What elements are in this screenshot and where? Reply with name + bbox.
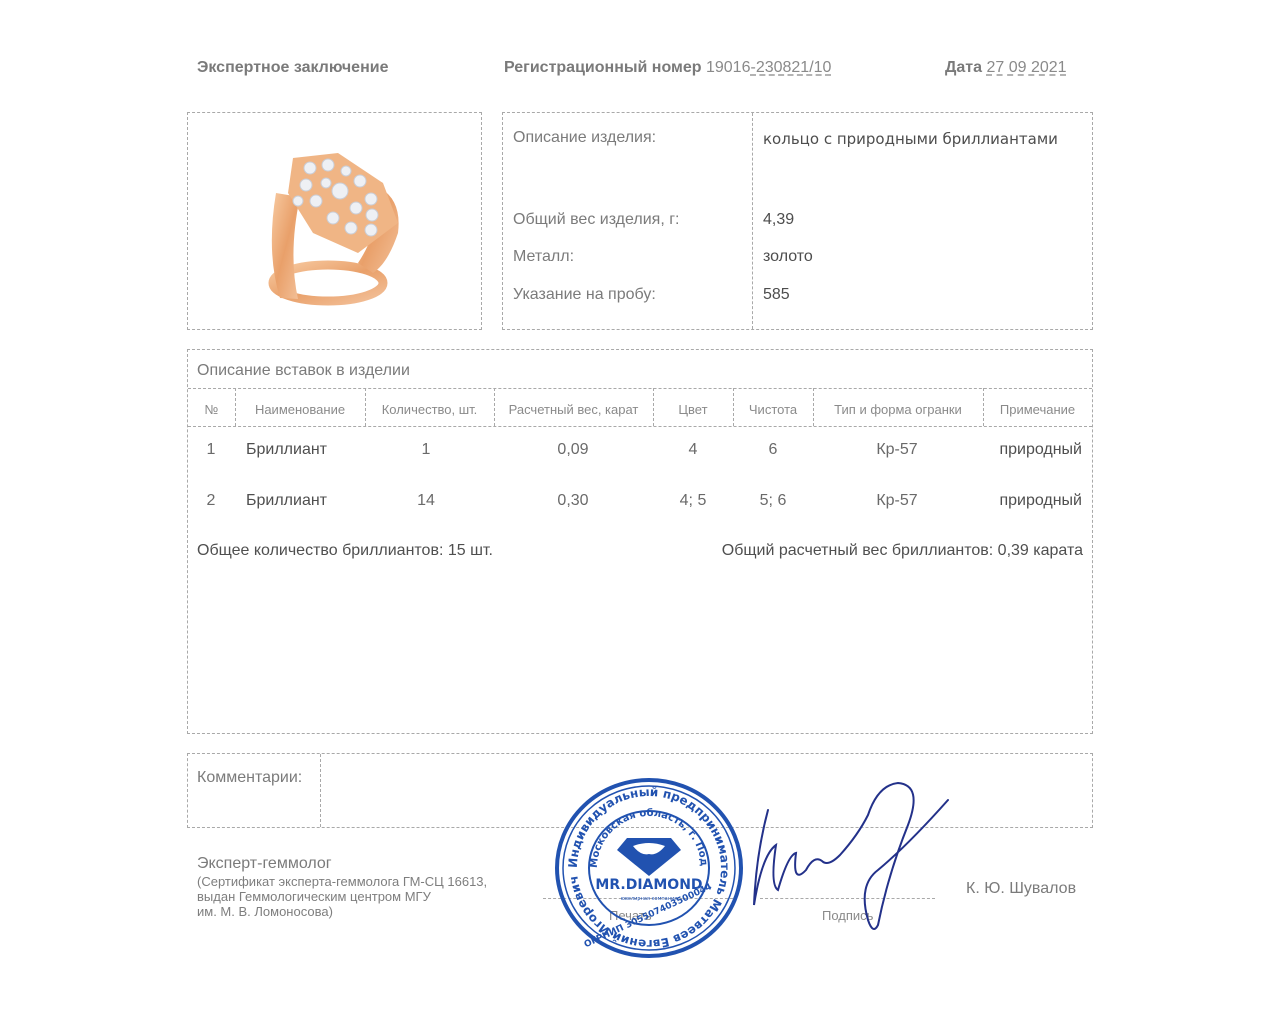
column-header: № xyxy=(188,402,235,417)
column-header: Чистота xyxy=(733,402,813,417)
column-header: Количество, шт. xyxy=(365,402,494,417)
comments-label: Комментарии: xyxy=(197,769,302,787)
expert-name: К. Ю. Шувалов xyxy=(966,880,1076,898)
description-value: кольцо с природными бриллиантами xyxy=(763,130,1058,148)
column-header: Наименование xyxy=(235,402,365,417)
registration-prefix: 19016 xyxy=(706,59,751,76)
hallmark-label: Указание на пробу: xyxy=(513,286,656,304)
column-header: Тип и форма огранки xyxy=(813,402,983,417)
signature-icon xyxy=(748,775,958,935)
date-label: Дата xyxy=(945,59,982,76)
svg-text:MR.DIAMOND: MR.DIAMOND xyxy=(595,877,702,893)
table-cell: 6 xyxy=(713,441,833,459)
inserts-title: Описание вставок в изделии xyxy=(197,362,410,380)
table-cell: 0,30 xyxy=(513,492,633,510)
table-cell: Бриллиант xyxy=(246,492,327,510)
table-cell: природный xyxy=(999,441,1082,459)
total-weight: Общий расчетный вес бриллиантов: 0,39 ка… xyxy=(722,542,1083,560)
table-cell: 0,09 xyxy=(513,441,633,459)
date: Дата 27 09 2021 xyxy=(945,59,1067,77)
product-photo-frame xyxy=(187,112,482,330)
certificate-line-2: выдан Геммологическим центром МГУ xyxy=(197,889,487,904)
hallmark-value: 585 xyxy=(763,286,790,304)
table-cell: Бриллиант xyxy=(246,441,327,459)
registration-label: Регистрационный номер xyxy=(504,59,702,76)
column-header: Расчетный вес, карат xyxy=(494,402,653,417)
table-cell: Кр-57 xyxy=(837,492,957,510)
inserts-box: Описание вставок в изделии №Наименование… xyxy=(187,349,1093,734)
ring-photo-icon xyxy=(188,113,481,329)
metal-value: золото xyxy=(763,248,813,266)
registration-suffix: -230821/10 xyxy=(750,59,831,76)
certificate-line-1: (Сертификат эксперта-геммолога ГМ-СЦ 166… xyxy=(197,874,487,889)
column-header: Примечание xyxy=(983,402,1092,417)
description-label: Описание изделия: xyxy=(513,129,656,147)
date-value: 27 09 2021 xyxy=(986,59,1066,76)
document-title: Экспертное заключение xyxy=(197,59,388,77)
expert-title: Эксперт-геммолог xyxy=(197,855,332,873)
item-description-box: Описание изделия: кольцо с природными бр… xyxy=(502,112,1093,330)
certificate-line-3: им. М. В. Ломоносова) xyxy=(197,904,487,919)
table-cell: 14 xyxy=(366,492,486,510)
weight-value: 4,39 xyxy=(763,211,794,229)
table-cell: природный xyxy=(999,492,1082,510)
table-cell: 1 xyxy=(366,441,486,459)
company-stamp-icon: Индивидуальный предприниматель Матвеев Е… xyxy=(553,776,745,960)
table-cell: Кр-57 xyxy=(837,441,957,459)
expert-certificate: (Сертификат эксперта-геммолога ГМ-СЦ 166… xyxy=(197,874,487,919)
table-cell: 5; 6 xyxy=(713,492,833,510)
total-count: Общее количество бриллиантов: 15 шт. xyxy=(197,542,493,560)
metal-label: Металл: xyxy=(513,248,574,266)
registration-number: Регистрационный номер 19016-230821/10 xyxy=(504,59,831,77)
column-header: Цвет xyxy=(653,402,733,417)
weight-label: Общий вес изделия, г: xyxy=(513,211,680,229)
